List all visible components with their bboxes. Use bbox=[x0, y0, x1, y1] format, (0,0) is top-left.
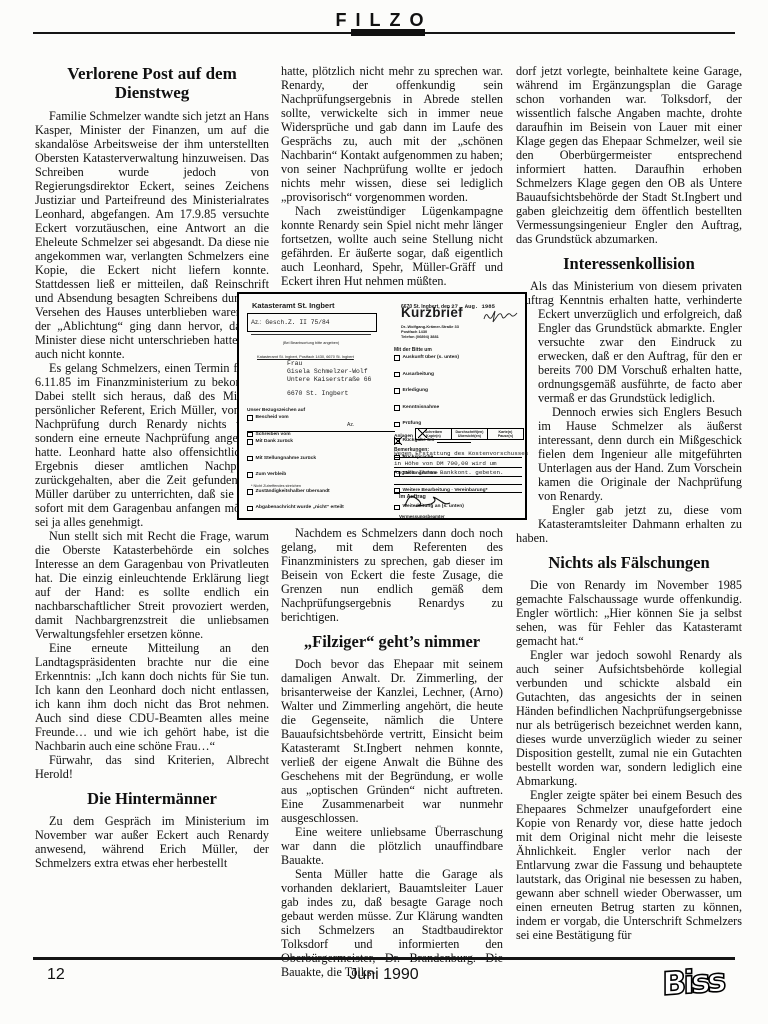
checkbox-icon bbox=[247, 472, 253, 478]
kurzbrief-office-name: Katasteramt St. Ingbert bbox=[252, 299, 335, 313]
paragraph: Es gelang Schmelzers, einen Termin für d… bbox=[35, 361, 269, 529]
recipient-address: Frau Gisela Schmelzer-Wolf Untere Kaiser… bbox=[287, 360, 371, 398]
kurzbrief-title: Kurzbrief bbox=[401, 306, 463, 320]
biss-logo: Biss bbox=[662, 961, 723, 1003]
signature bbox=[402, 492, 452, 510]
checkbox-icon bbox=[247, 506, 253, 512]
paragraph: Doch bevor das Ehepaar mit seinem damali… bbox=[281, 657, 503, 825]
checkbox-icon bbox=[394, 355, 400, 361]
recipient-line: Gisela Schmelzer-Wolf bbox=[287, 368, 371, 376]
kurzbrief-option: Auskunft über (s. unten) bbox=[394, 351, 487, 365]
kurzbrief-option: Abgabenachricht wurde „nicht“ erteilt bbox=[247, 501, 344, 515]
remarks-lines: Wegen Erstattung des Kostenvorschusses i… bbox=[394, 450, 522, 495]
paragraph: Nach zweistündiger Lügenkampagne konnte … bbox=[281, 204, 503, 288]
reference-note: (Bei Beantwortung bitte angeben) bbox=[251, 334, 371, 350]
paragraph: Nun stellt sich mit Recht die Frage, war… bbox=[35, 529, 269, 641]
paragraph: Zu dem Gespräch im Ministerium im Novemb… bbox=[35, 814, 269, 870]
masthead-title: FILZO bbox=[0, 10, 768, 31]
paragraph: Die von Renardy im November 1985 gemacht… bbox=[516, 578, 742, 648]
attachments-cells: Schreiben Kopie(n) Durchschrift(en) Über… bbox=[416, 428, 524, 440]
article-column-2: hatte, plötzlich nicht mehr zu sprechen … bbox=[281, 64, 503, 979]
kurzbrief-document: Katasteramt St. Ingbert Az.: Gesch.Z. II… bbox=[237, 292, 527, 520]
checkbox-icon bbox=[247, 439, 253, 445]
kurzbrief-option: Erledigung bbox=[394, 384, 487, 398]
form-divider bbox=[247, 431, 395, 432]
recipient-line: Frau bbox=[287, 360, 371, 368]
kurzbrief-option: Ausarbeitung bbox=[394, 368, 487, 382]
paragraph: Eine erneute Mitteilung an den Landtagsp… bbox=[35, 641, 269, 753]
checkbox-icon bbox=[394, 372, 400, 378]
article-column-3: dorf jetzt vorlegte, beinhaltete keine G… bbox=[516, 64, 742, 942]
section-heading: Interessenkollision bbox=[516, 255, 742, 273]
paragraph: Eine weitere unliebsame Überraschung war… bbox=[281, 825, 503, 867]
attachment-option: Übersicht(en) bbox=[453, 434, 486, 438]
checkbox-icon bbox=[247, 456, 253, 462]
checkbox-icon bbox=[394, 422, 400, 428]
section-heading: Die Hintermänner bbox=[35, 790, 269, 808]
attachment-cell: Durchschrift(en) Übersicht(en) bbox=[451, 428, 488, 440]
masthead-accent-bar bbox=[351, 29, 425, 36]
paragraph: Engler war jedoch sowohl Renardy als auc… bbox=[516, 648, 742, 788]
attachments-label: Anlagen bbox=[394, 430, 413, 444]
paragraph: Engler gab jetzt zu, diese vom Katastera… bbox=[516, 503, 742, 545]
magazine-page: { "masthead": { "title": "FILZO" }, "foo… bbox=[0, 0, 768, 1024]
az2-label: Az. bbox=[347, 418, 354, 432]
remarks-typed-line: in Höhe von DM 700,00 wird um bbox=[394, 460, 522, 468]
footer-rule bbox=[33, 957, 735, 960]
signature-title: Vermessungsbeamter bbox=[399, 510, 445, 524]
article-headline: Verlorene Post auf dem Dienstweg bbox=[35, 64, 269, 102]
remarks-typed-line: Wegen Erstattung des Kostenvorschusses bbox=[394, 450, 522, 458]
kurzbrief-reference-box: Az.: Gesch.Z. II 75/84 bbox=[247, 313, 377, 332]
paragraph: Dennoch erwies sich Englers Besuch im Ha… bbox=[516, 405, 742, 503]
checkbox-icon bbox=[394, 405, 400, 411]
issue-date: Juni 1990 bbox=[0, 966, 768, 984]
return-options: Mit Dank zurück Mit Stellungnahme zurück… bbox=[247, 435, 344, 518]
remarks-blank-line bbox=[394, 479, 522, 486]
recipient-line: Untere Kaiserstraße 66 bbox=[287, 376, 371, 384]
attachments-row: Anlagen Schreiben Kopie(n) Durchschrift(… bbox=[394, 428, 524, 444]
article-column-1: Verlorene Post auf dem Dienstweg Familie… bbox=[35, 64, 269, 870]
checkbox-icon bbox=[247, 415, 253, 421]
paragraph: Familie Schmelzer wandte sich jetzt an H… bbox=[35, 109, 269, 361]
attachment-option: Kopie(n) bbox=[417, 434, 450, 438]
attachment-cell-checked: Schreiben Kopie(n) bbox=[415, 428, 452, 440]
kurzbrief-option: Mit Stellungnahme zurück bbox=[247, 452, 344, 466]
paragraph: Senta Müller hatte die Garage als vorhan… bbox=[281, 867, 503, 979]
kurzbrief-option: Bescheid vom bbox=[247, 411, 291, 425]
office-address: Dr.-Wolfgang-Krämer-Straße 33 Postfach 1… bbox=[401, 325, 459, 339]
remarks-typed-line: Angabe Ihres Bankkont. gebeten. bbox=[394, 469, 522, 477]
recipient-line: 6670 St. Ingbert bbox=[287, 390, 371, 398]
paragraph: Als das Ministerium von diesem privaten … bbox=[516, 279, 742, 405]
paragraph: dorf jetzt vorlegte, beinhaltete keine G… bbox=[516, 64, 742, 246]
checkbox-icon bbox=[394, 388, 400, 394]
az-value: Gesch.Z. II 75/84 bbox=[265, 316, 329, 330]
paragraph: hatte, plötzlich nicht mehr zu sprechen … bbox=[281, 64, 503, 204]
handwritten-note bbox=[482, 309, 520, 323]
attachment-option: Pause(n) bbox=[489, 434, 522, 438]
office-address-line: Telefon (06894) 3881 bbox=[401, 335, 459, 340]
paragraph: Engler zeigte später bei einem Besuch de… bbox=[516, 788, 742, 942]
paragraph: Nachdem es Schmelzers dann doch noch gel… bbox=[281, 526, 503, 624]
section-heading: Nichts als Fälschungen bbox=[516, 554, 742, 572]
attachment-cell: Karte(n) Pause(n) bbox=[487, 428, 524, 440]
form-footnote: * Nicht Zutreffendes streichen bbox=[251, 479, 301, 493]
section-heading: „Filziger“ geht’s nimmer bbox=[281, 633, 503, 651]
az-label: Az.: bbox=[251, 316, 261, 330]
paragraph: Fürwahr, das sind Kriterien, Albrecht He… bbox=[35, 753, 269, 781]
kurzbrief-option: Mit Dank zurück bbox=[247, 435, 344, 449]
kurzbrief-option: Kenntnisnahme bbox=[394, 401, 487, 415]
